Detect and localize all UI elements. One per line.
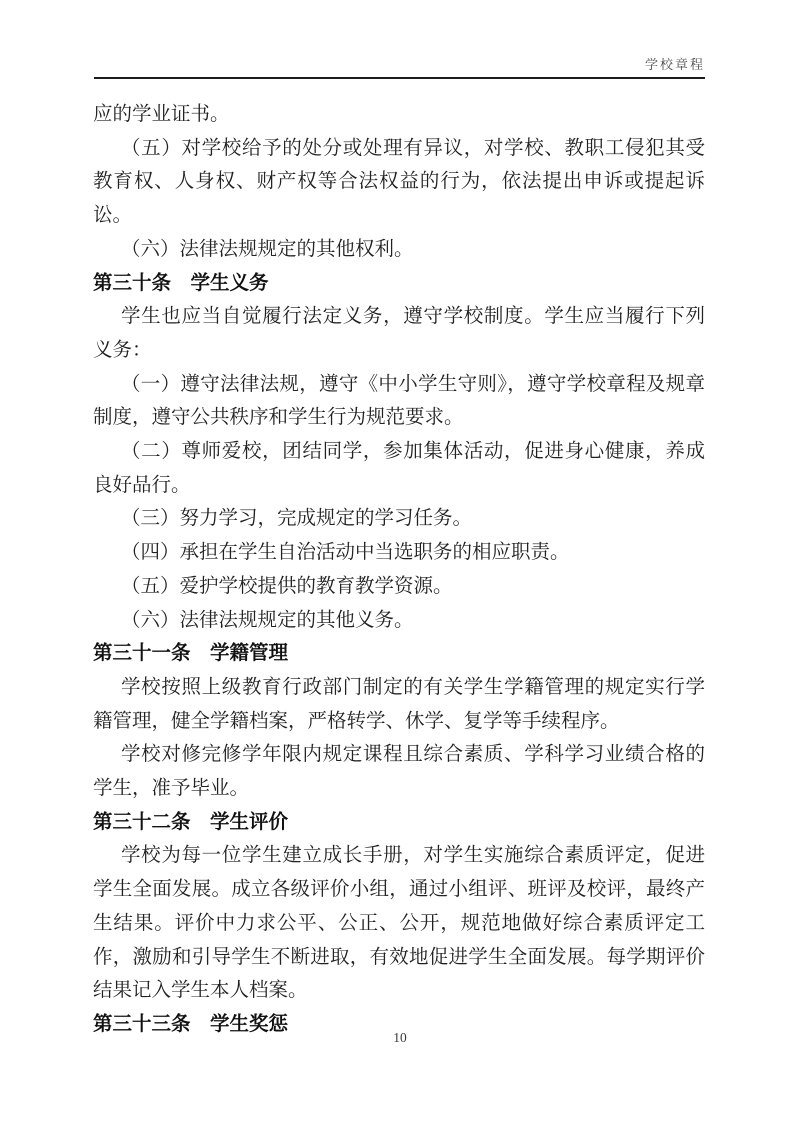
running-header: 学校章程 (93, 54, 705, 73)
paragraph: 学校为每一位学生建立成长手册，对学生实施综合素质评定，促进学生全面发展。成立各级… (93, 839, 705, 1008)
article-heading: 第三十条 学生义务 (93, 267, 705, 301)
paragraph: （五）爱护学校提供的教育教学资源。 (93, 570, 705, 604)
page-number: 10 (0, 1030, 800, 1046)
paragraph: 学校对修完修学年限内规定课程且综合素质、学科学习业绩合格的学生，准予毕业。 (93, 738, 705, 805)
document-body: 应的学业证书。（五）对学校给予的处分或处理有异议，对学校、教职工侵犯其受教育权、… (93, 98, 705, 1042)
paragraph: （一）遵守法律法规，遵守《中小学生守则》，遵守学校章程及规章制度，遵守公共秩序和… (93, 368, 705, 435)
document-page: 学校章程 应的学业证书。（五）对学校给予的处分或处理有异议，对学校、教职工侵犯其… (0, 0, 800, 1131)
paragraph: （二）尊师爱校，团结同学，参加集体活动，促进身心健康，养成良好品行。 (93, 435, 705, 502)
paragraph: 学生也应当自觉履行法定义务，遵守学校制度。学生应当履行下列义务： (93, 300, 705, 367)
paragraph: （三）努力学习，完成规定的学习任务。 (93, 502, 705, 536)
paragraph: （五）对学校给予的处分或处理有异议，对学校、教职工侵犯其受教育权、人身权、财产权… (93, 132, 705, 233)
paragraph: 学校按照上级教育行政部门制定的有关学生学籍管理的规定实行学籍管理，健全学籍档案，… (93, 671, 705, 738)
paragraph: （四）承担在学生自治活动中当选职务的相应职责。 (93, 536, 705, 570)
article-heading: 第三十二条 学生评价 (93, 806, 705, 840)
article-heading: 第三十一条 学籍管理 (93, 637, 705, 671)
paragraph: （六）法律法规规定的其他义务。 (93, 604, 705, 638)
paragraph: （六）法律法规规定的其他权利。 (93, 233, 705, 267)
header-rule-divider (94, 77, 705, 79)
paragraph: 应的学业证书。 (93, 98, 705, 132)
